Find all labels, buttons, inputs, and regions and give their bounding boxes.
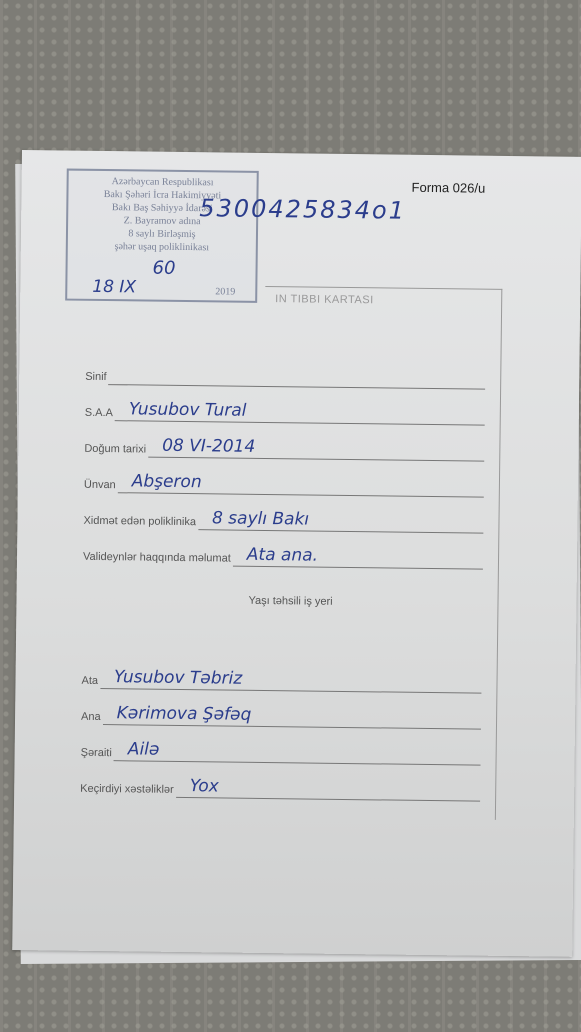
stamp-number: 60 bbox=[152, 262, 175, 275]
field-value: Kərimova Şəfəq bbox=[117, 703, 252, 725]
field-value: Yox bbox=[190, 776, 219, 796]
form-number: Forma 026/u bbox=[411, 180, 485, 196]
field-value: 08 VI-2014 bbox=[162, 436, 255, 457]
field-label: S.A.A bbox=[85, 407, 113, 421]
field-value: Ailə bbox=[128, 739, 160, 759]
field-polyclinic: Xidmət edən poliklinika 8 saylı Bakı bbox=[83, 503, 483, 534]
stamp-date: 18 IX bbox=[92, 281, 136, 295]
field-class: Sinif bbox=[85, 359, 485, 390]
clinic-stamp: Azərbaycan Respublikası Bakı Şəhəri İcra… bbox=[65, 169, 259, 303]
field-full-name: S.A.A Yusubov Tural bbox=[85, 395, 485, 426]
field-birth-date: Doğum tarixi 08 VI-2014 bbox=[84, 431, 484, 462]
field-address: Ünvan Abşeron bbox=[84, 467, 484, 498]
field-label: Ünvan bbox=[84, 479, 116, 493]
field-parents-info: Valideynlər haqqında məlumat Ata ana. bbox=[83, 539, 483, 570]
medical-card-page: Forma 026/u Azərbaycan Respublikası Bakı… bbox=[12, 150, 581, 957]
field-value: Yusubov Tural bbox=[129, 399, 247, 420]
field-label: Şəraiti bbox=[81, 747, 112, 761]
field-label: Xidmət edən poliklinika bbox=[83, 515, 196, 530]
field-value: Ata ana. bbox=[247, 545, 318, 566]
subheading: Yaşı təhsili iş yeri bbox=[248, 595, 332, 608]
field-value: Yusubov Təbriz bbox=[114, 667, 242, 689]
field-father: Ata Yusubov Təbriz bbox=[81, 663, 481, 694]
card-number: 5300425834o1 bbox=[199, 194, 406, 225]
stamp-line: şəhər uşaq poliklinikası bbox=[68, 240, 256, 255]
field-label: Ata bbox=[81, 675, 98, 689]
stamp-year: 2019 bbox=[215, 285, 235, 298]
field-label: Doğum tarixi bbox=[84, 443, 146, 458]
field-label: Valideynlər haqqında məlumat bbox=[83, 551, 231, 567]
field-label: Sinif bbox=[85, 371, 107, 385]
field-value: Abşeron bbox=[132, 471, 202, 492]
field-label: Keçirdiyi xəstəliklər bbox=[80, 783, 174, 798]
field-past-illnesses: Keçirdiyi xəstəliklər Yox bbox=[80, 771, 480, 802]
field-conditions: Şəraiti Ailə bbox=[81, 735, 481, 766]
field-mother: Ana Kərimova Şəfəq bbox=[81, 699, 481, 730]
field-value: 8 saylı Bakı bbox=[212, 508, 309, 529]
field-label: Ana bbox=[81, 711, 101, 725]
card-title: IN TIBBI KARTASI bbox=[275, 293, 374, 306]
